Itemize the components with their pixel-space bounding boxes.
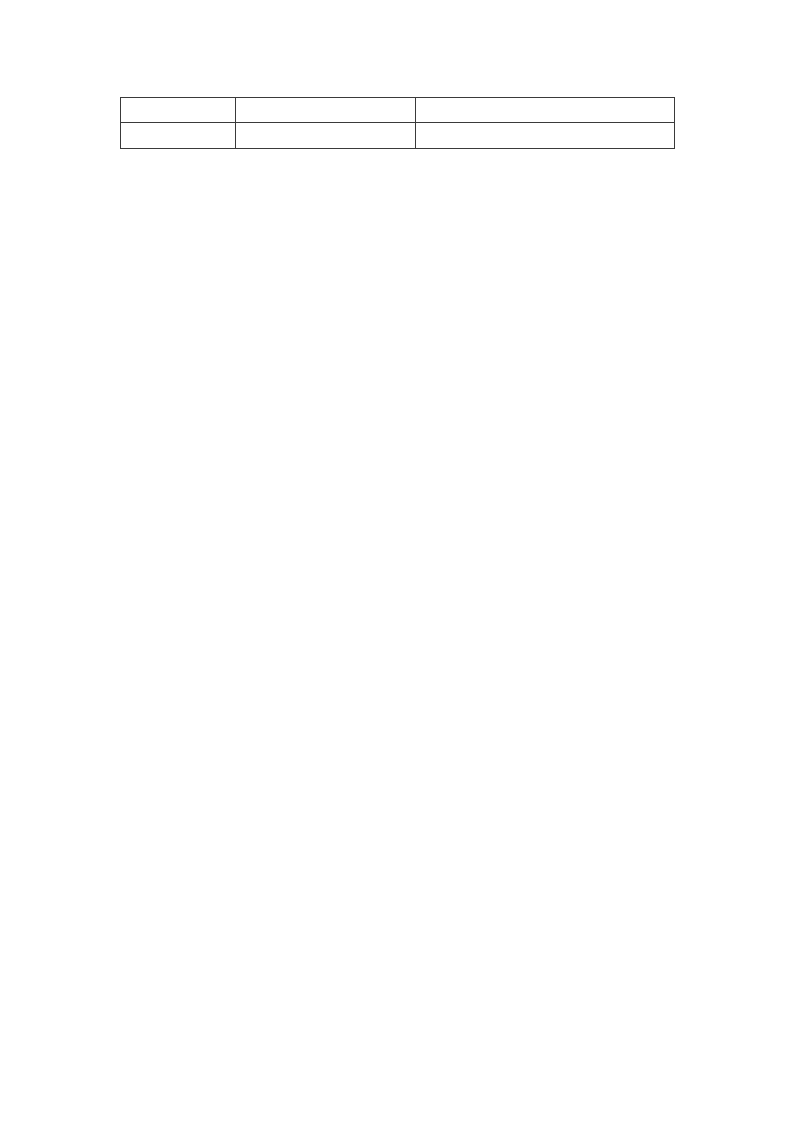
table-header-row bbox=[121, 98, 675, 123]
document-page bbox=[0, 0, 794, 1122]
header-type bbox=[121, 98, 236, 123]
cell-detainee-count bbox=[235, 123, 416, 149]
building-area-table bbox=[120, 97, 675, 149]
header-area-index bbox=[416, 98, 675, 123]
cell-type bbox=[121, 123, 236, 149]
header-detainee-count bbox=[235, 98, 416, 123]
table-row bbox=[121, 123, 675, 149]
cell-area-index bbox=[416, 123, 675, 149]
